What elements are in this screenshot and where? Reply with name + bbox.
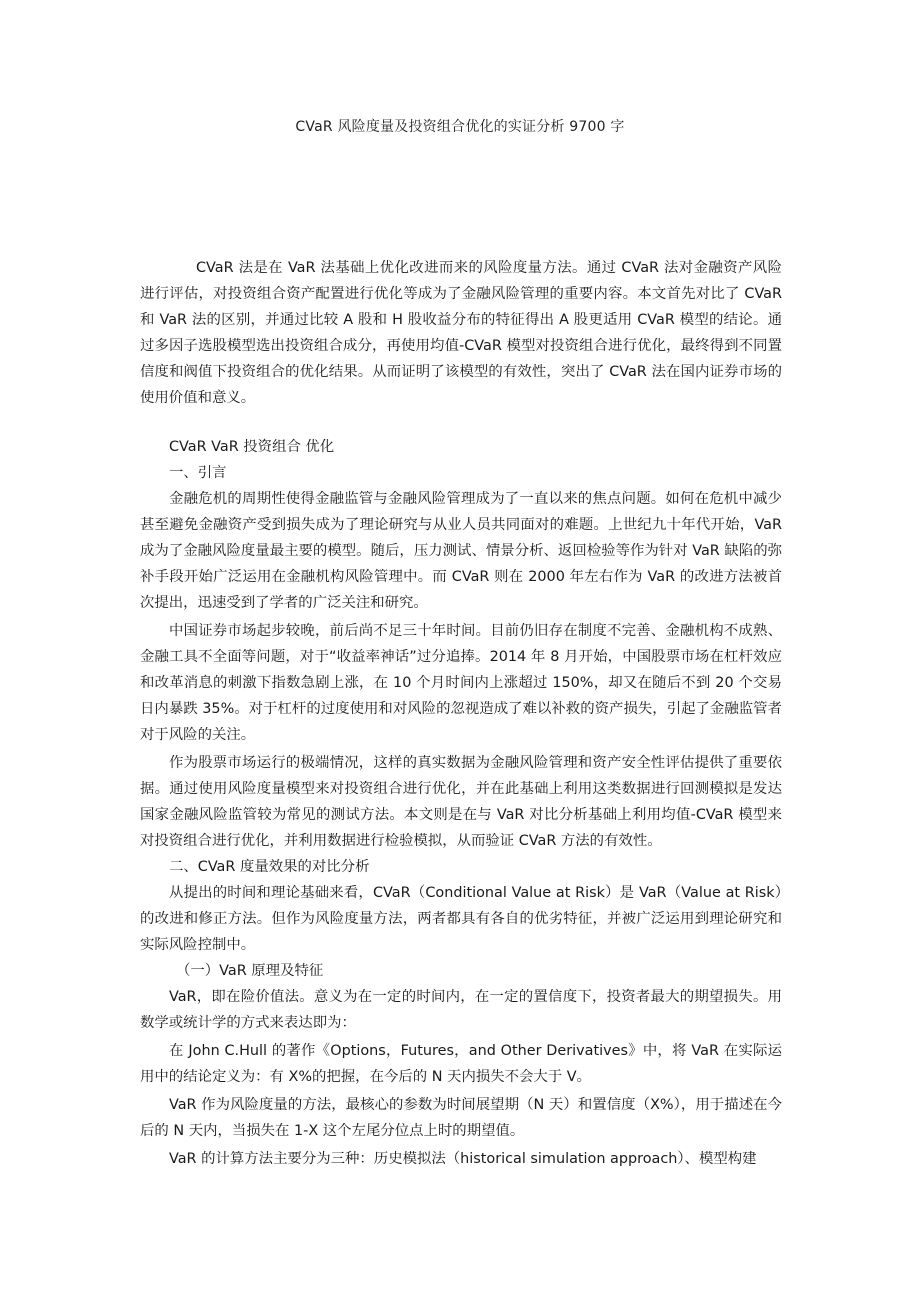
document-title: CVaR 风险度量及投资组合优化的实证分析 9700 字 bbox=[0, 116, 920, 136]
document-body: CVaR VaR 投资组合 优化 一、引言 金融危机的周期性使得金融监管与金融风… bbox=[140, 434, 782, 1172]
document-page: CVaR 风险度量及投资组合优化的实证分析 9700 字 CVaR 法是在 Va… bbox=[0, 0, 920, 1302]
abstract: CVaR 法是在 VaR 法基础上优化改进而来的风险度量方法。通过 CVaR 法… bbox=[140, 255, 782, 411]
body-paragraph: VaR，即在险价值法。意义为在一定的时间内，在一定的置信度下，投资者最大的期望损… bbox=[140, 984, 782, 1036]
abstract-paragraph: CVaR 法是在 VaR 法基础上优化改进而来的风险度量方法。通过 CVaR 法… bbox=[140, 255, 782, 411]
body-paragraph: VaR 作为风险度量的方法，最核心的参数为时间展望期（N 天）和置信度（X%），… bbox=[140, 1092, 782, 1144]
body-paragraph: 金融危机的周期性使得金融监管与金融风险管理成为了一直以来的焦点问题。如何在危机中… bbox=[140, 486, 782, 616]
section-heading-comparison: 二、CVaR 度量效果的对比分析 bbox=[140, 854, 782, 880]
keywords: CVaR VaR 投资组合 优化 bbox=[140, 434, 782, 460]
subsection-heading-var-principle: （一）VaR 原理及特征 bbox=[140, 958, 782, 984]
body-paragraph: 从提出的时间和理论基础来看，CVaR（Conditional Value at … bbox=[140, 880, 782, 958]
body-paragraph: 中国证券市场起步较晚，前后尚不足三十年时间。目前仍旧存在制度不完善、金融机构不成… bbox=[140, 618, 782, 748]
section-heading-introduction: 一、引言 bbox=[140, 460, 782, 486]
body-paragraph: 作为股票市场运行的极端情况，这样的真实数据为金融风险管理和资产安全性评估提供了重… bbox=[140, 750, 782, 854]
body-paragraph: 在 John C.Hull 的著作《Options，Futures，and Ot… bbox=[140, 1038, 782, 1090]
body-paragraph: VaR 的计算方法主要分为三种：历史模拟法（historical simulat… bbox=[140, 1146, 782, 1172]
